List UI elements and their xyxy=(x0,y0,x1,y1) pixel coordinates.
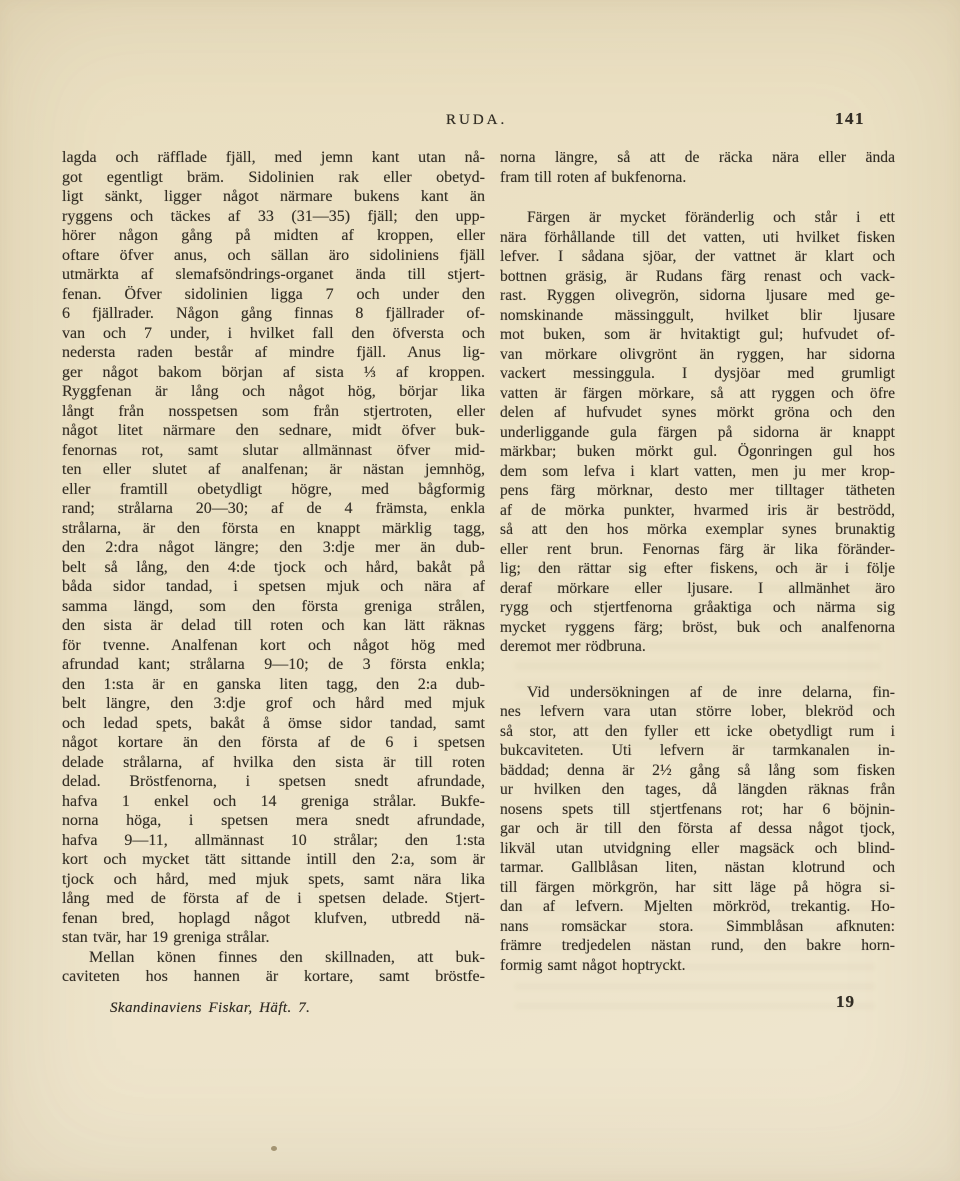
paragraph: Vid undersökningen af de inre delarna, f… xyxy=(500,683,895,976)
text-line: och ledad spets, bakåt å ömse sidor tand… xyxy=(62,714,485,734)
text-line: nes lefvern vara utan större lober, blek… xyxy=(500,702,895,722)
text-line: underliggande gula färgen på sidorna är … xyxy=(500,423,895,443)
text-line: den sista är delad till roten och kan lä… xyxy=(62,616,485,636)
text-line: likväl utan utvidgning eller magsäck och… xyxy=(500,839,895,859)
text-line: oftare öfver anus, och sällan äro sidoli… xyxy=(62,246,485,266)
text-line: fenornas rot, samt slutar allmännast öfv… xyxy=(62,441,485,461)
text-line: van och 7 under, i hvilket fall den öfve… xyxy=(62,324,485,344)
paper-speck xyxy=(271,1146,277,1151)
text-line: till färgen mörkgrön, har sitt läge på h… xyxy=(500,878,895,898)
text-line: främre tredjedelen nästan rund, den bakr… xyxy=(500,936,895,956)
text-line: deremot mer rödbruna. xyxy=(500,637,895,657)
text-line: kort och mycket tätt sittande intill den… xyxy=(62,850,485,870)
text-line: bottnen gräsig, är Rudans färg renast oc… xyxy=(500,267,895,287)
text-line: nära förhållande till det vatten, uti hv… xyxy=(500,228,895,248)
text-line: nosens spets till stjertfenans rot; har … xyxy=(500,800,895,820)
text-line: märkbar; buken mörkt gul. Ögonringen gul… xyxy=(500,442,895,462)
text-line: hafva 1 enkel och 14 greniga strålar. Bu… xyxy=(62,792,485,812)
text-line: tarmar. Gallblåsan liten, nästan klotrun… xyxy=(500,858,895,878)
book-page-scan: RUDA. 141 lagda och räfflade fjäll, med … xyxy=(0,0,960,1181)
text-line: vackert messinggula. I dysjöar med gruml… xyxy=(500,364,895,384)
left-text-column: lagda och räfflade fjäll, med jemn kant … xyxy=(62,148,485,987)
text-line: pens färg mörknar, desto mer tilltager t… xyxy=(500,481,895,501)
text-line: belt så lång, den 4:de tjock och hård, b… xyxy=(62,558,485,578)
series-imprint: Skandinaviens Fiskar, Häft. 7. xyxy=(110,1000,310,1017)
text-line: caviteten hos hannen är kortare, samt br… xyxy=(62,967,485,987)
text-line: ur hvilken den tages, då längden räknas … xyxy=(500,780,895,800)
text-line: gar och är till den första af dessa någo… xyxy=(500,819,895,839)
text-line: af de mörka punkter, hvarmed iris är bes… xyxy=(500,501,895,521)
text-line: ligt sänkt, ligger något närmare bukens … xyxy=(62,187,485,207)
text-line: ryggens och täckes af 33 (31—35) fjäll; … xyxy=(62,207,485,227)
text-line: något kortare än den första af de 6 i sp… xyxy=(62,733,485,753)
paragraph: Mellan könen finnes den skillnaden, att … xyxy=(62,948,485,987)
text-line: eller rent brun. Fenornas färg är lika f… xyxy=(500,540,895,560)
text-line: rand; strålarna 20—30; af de 4 främsta, … xyxy=(62,499,485,519)
text-line: utmärkta af slemafsöndrings-organet ända… xyxy=(62,265,485,285)
text-line: nedersta raden består af mindre fjäll. A… xyxy=(62,343,485,363)
text-line: den 1:sta är en ganska liten tagg, den 2… xyxy=(62,675,485,695)
text-line: norna längre, så att de räcka nära eller… xyxy=(500,148,895,168)
text-line: hörer någon gång på midten af kroppen, e… xyxy=(62,226,485,246)
paragraph: Färgen är mycket föränderlig och står i … xyxy=(500,208,895,657)
text-line: belt längre, den 3:dje grof och hård med… xyxy=(62,694,485,714)
text-line: fram till roten af bukfenorna. xyxy=(500,168,895,188)
text-line: så att den hos mörka exemplar synes brun… xyxy=(500,520,895,540)
text-line: ger något bakom början af sista ⅓ af kro… xyxy=(62,363,485,383)
text-line: nomskinande mässinggult, hvilket blir lj… xyxy=(500,306,895,326)
text-line: 6 fjällrader. Någon gång finnas 8 fjällr… xyxy=(62,304,485,324)
text-line: Färgen är mycket föränderlig och står i … xyxy=(500,208,895,228)
text-line: tjock och hård, med mjuk spets, samt när… xyxy=(62,870,485,890)
text-line: ten eller slutet af analfenan; är nästan… xyxy=(62,460,485,480)
text-line: Vid undersökningen af de inre delarna, f… xyxy=(500,683,895,703)
text-line: så stor, att den fyller ett icke obetydl… xyxy=(500,722,895,742)
text-line: dem som lefva i klart vatten, men ju mer… xyxy=(500,462,895,482)
text-line: lefver. I sådana sjöar, der vattnet är k… xyxy=(500,247,895,267)
text-line: mycket ryggens färg; bröst, buk och anal… xyxy=(500,618,895,638)
text-line: hafva 9—11, allmännast 10 strålar; den 1… xyxy=(62,831,485,851)
running-title: RUDA. xyxy=(446,112,507,129)
text-line: formig samt något hoptryckt. xyxy=(500,956,895,976)
text-line: för tvenne. Analfenan kort och något hög… xyxy=(62,636,485,656)
paragraph: norna längre, så att de räcka nära eller… xyxy=(500,148,895,187)
text-line: delade strålarna, af hvilka den sista är… xyxy=(62,753,485,773)
text-line: rygg och stjertfenorna gråaktiga och när… xyxy=(500,598,895,618)
text-line: delen af hufvudet synes mörkt gröna och … xyxy=(500,403,895,423)
text-line: båda sidor tandad, i spetsen mjuk och nä… xyxy=(62,577,485,597)
text-line: mot buken, som är hvitaktigt gul; hufvud… xyxy=(500,325,895,345)
text-line: lagda och räfflade fjäll, med jemn kant … xyxy=(62,148,485,168)
text-line: van mörkare olivgrönt än ryggen, har sid… xyxy=(500,345,895,365)
text-line: Ryggfenan är lång och något hög, börjar … xyxy=(62,382,485,402)
text-line: eller framtill obetydligt högre, med båg… xyxy=(62,480,485,500)
text-line: delad. Bröstfenorna, i spetsen snedt afr… xyxy=(62,772,485,792)
text-line: lång med de första af de i spetsen delad… xyxy=(62,889,485,909)
text-line: strålarna, är den första en knappt märkl… xyxy=(62,519,485,539)
text-line: fenan bred, hoplagd något klufven, utbre… xyxy=(62,909,485,929)
text-line: vatten är färgen mörkare, så att ryggen … xyxy=(500,384,895,404)
signature-mark: 19 xyxy=(836,992,855,1012)
text-line: samma längd, som den första greniga strå… xyxy=(62,597,485,617)
text-line: afrundad kant; strålarna 9—10; de 3 förs… xyxy=(62,655,485,675)
text-line: något litet närmare den sednare, midt öf… xyxy=(62,421,485,441)
text-line: norna höga, i spetsen mera snedt afrunda… xyxy=(62,811,485,831)
text-line: långt från nosspetsen som från stjertrot… xyxy=(62,402,485,422)
text-line: nans romsäckar stora. Simmblåsan afknute… xyxy=(500,917,895,937)
text-line: got egentligt bräm. Sidolinien rak eller… xyxy=(62,168,485,188)
text-line: bukcaviteten. Uti lefvern är tarmkanalen… xyxy=(500,741,895,761)
text-line: Mellan könen finnes den skillnaden, att … xyxy=(62,948,485,968)
text-line: den 2:dra något längre; den 3:dje mer än… xyxy=(62,538,485,558)
text-line: stan tvär, har 19 greniga strålar. xyxy=(62,928,485,948)
paragraph: lagda och räfflade fjäll, med jemn kant … xyxy=(62,148,485,948)
text-line: fenan. Öfver sidolinien ligga 7 och unde… xyxy=(62,285,485,305)
text-line: bäddad; denna är 2½ gång så lång som fis… xyxy=(500,761,895,781)
text-line: dan af lefvern. Mjelten mörkröd, trekant… xyxy=(500,897,895,917)
right-text-column: norna längre, så att de räcka nära eller… xyxy=(500,148,895,975)
page-number: 141 xyxy=(835,109,865,129)
text-line: deraf mörkare eller ljusare. I allmänhet… xyxy=(500,579,895,599)
text-line: rast. Ryggen olivegrön, sidorna ljusare … xyxy=(500,286,895,306)
text-line: lig; den rättar sig efter fiskens, och ä… xyxy=(500,559,895,579)
